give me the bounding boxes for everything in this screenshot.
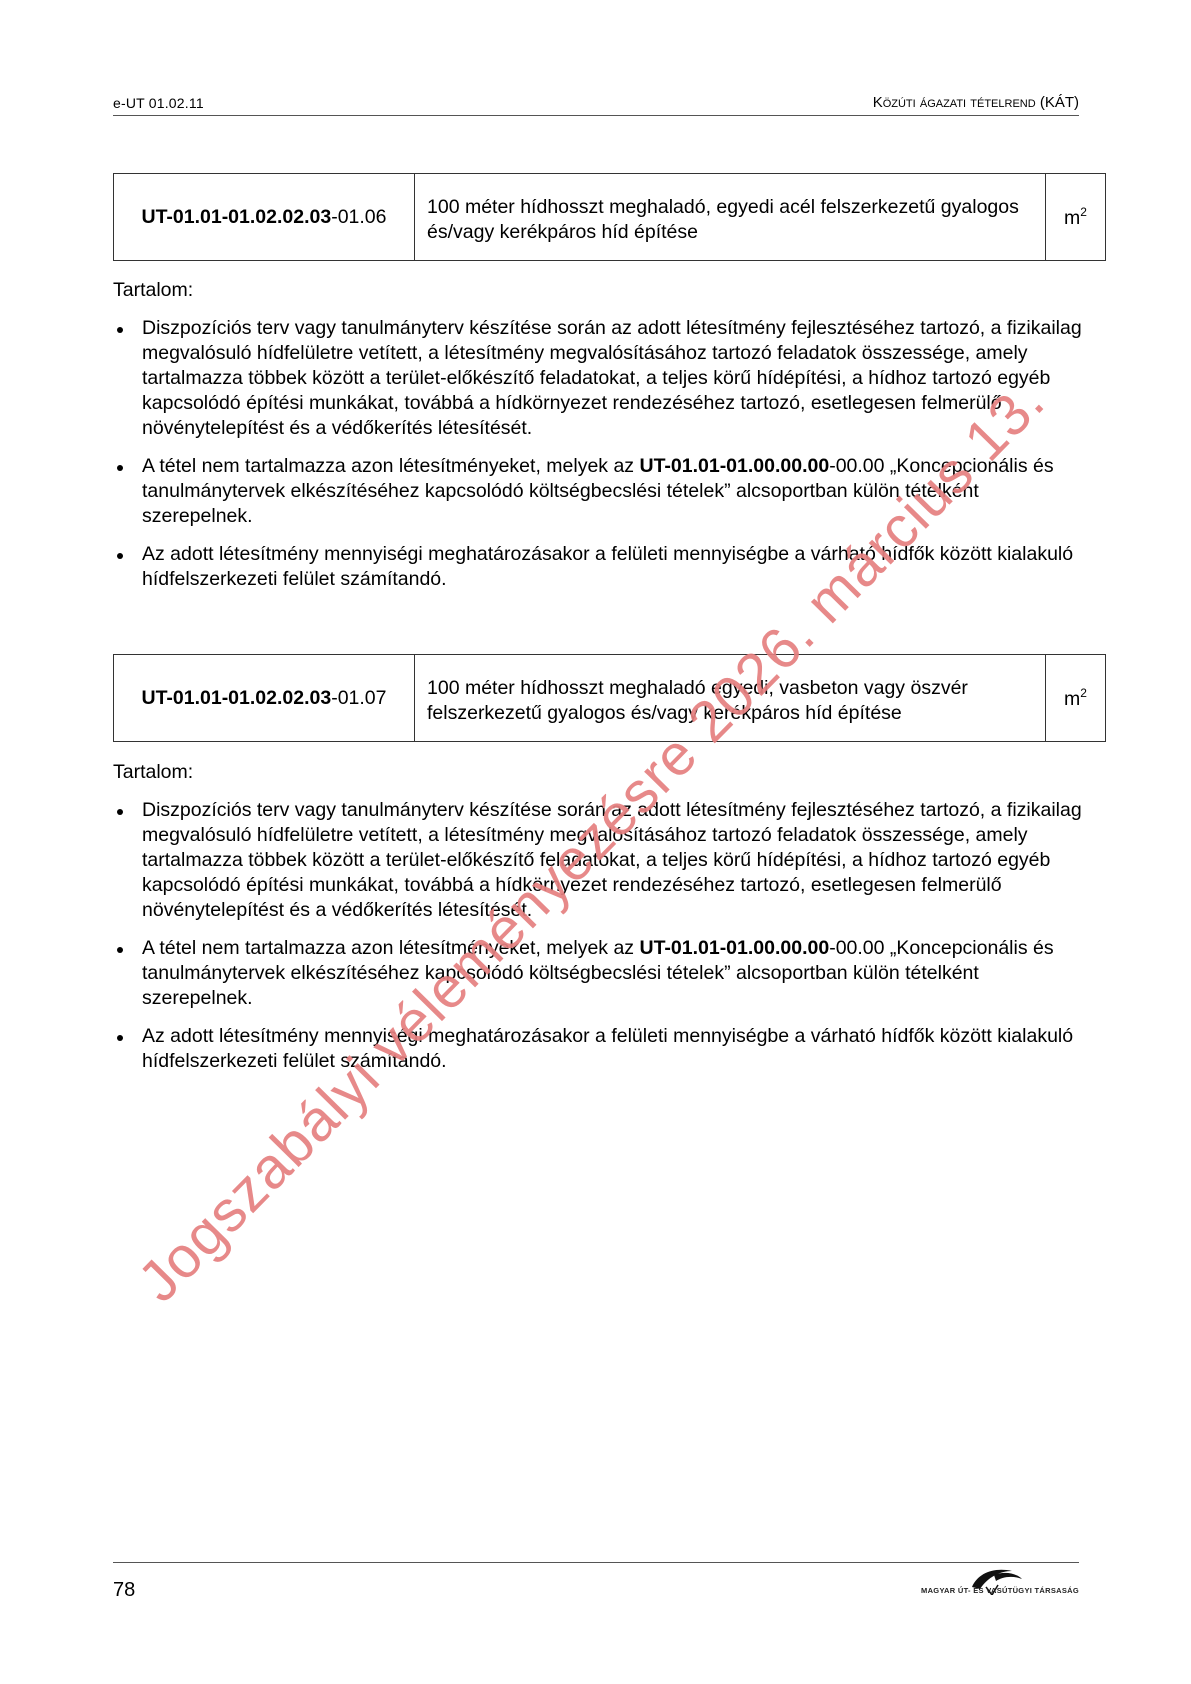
publisher-name: MAGYAR ÚT- ÉS VASÚTÜGYI TÁRSASÁG — [921, 1586, 1079, 1595]
list-item: Diszpozíciós terv vagy tanulmányterv kés… — [113, 798, 1093, 923]
document-code: e-UT 01.02.11 — [113, 95, 204, 111]
page-number: 78 — [113, 1579, 135, 1602]
bullet-icon — [117, 1035, 123, 1041]
list-item: Az adott létesítmény mennyiségi meghatár… — [113, 1024, 1093, 1074]
item-content-1: Tartalom: Diszpozíciós terv vagy tanulmá… — [113, 278, 1093, 605]
bullet-icon — [117, 327, 123, 333]
content-title: Tartalom: — [113, 278, 1093, 303]
item-unit: m2 — [1046, 655, 1106, 742]
content-title: Tartalom: — [113, 760, 1093, 785]
item-code: UT-01.01-01.02.02.03-01.07 — [114, 655, 415, 742]
item-content-2: Tartalom: Diszpozíciós terv vagy tanulmá… — [113, 760, 1093, 1087]
content-bullets: Diszpozíciós terv vagy tanulmányterv kés… — [113, 798, 1093, 1074]
bullet-icon — [117, 553, 123, 559]
page-footer: 78 MAGYAR ÚT- ÉS VASÚTÜGYI TÁRSASÁG — [113, 1562, 1079, 1563]
item-description: 100 méter hídhosszt meghaladó egyedi, va… — [415, 655, 1046, 742]
bullet-icon — [117, 947, 123, 953]
list-item: A tétel nem tartalmazza azon létesítmény… — [113, 936, 1093, 1011]
item-code: UT-01.01-01.02.02.03-01.06 — [114, 174, 415, 261]
list-item: Diszpozíciós terv vagy tanulmányterv kés… — [113, 316, 1093, 441]
item-unit: m2 — [1046, 174, 1106, 261]
list-item: A tétel nem tartalmazza azon létesítmény… — [113, 454, 1093, 529]
item-table-2: UT-01.01-01.02.02.03-01.07 100 méter híd… — [113, 654, 1106, 742]
publisher-logo: MAGYAR ÚT- ÉS VASÚTÜGYI TÁRSASÁG — [909, 1569, 1079, 1609]
item-table-1: UT-01.01-01.02.02.03-01.06 100 méter híd… — [113, 173, 1106, 261]
bullet-icon — [117, 465, 123, 471]
content-bullets: Diszpozíciós terv vagy tanulmányterv kés… — [113, 316, 1093, 592]
bullet-icon — [117, 809, 123, 815]
document-title: Közúti ágazati tételrend (KÁT) — [873, 94, 1079, 111]
page-header: e-UT 01.02.11 Közúti ágazati tételrend (… — [113, 93, 1079, 116]
item-description: 100 méter hídhosszt meghaladó, egyedi ac… — [415, 174, 1046, 261]
list-item: Az adott létesítmény mennyiségi meghatár… — [113, 542, 1093, 592]
